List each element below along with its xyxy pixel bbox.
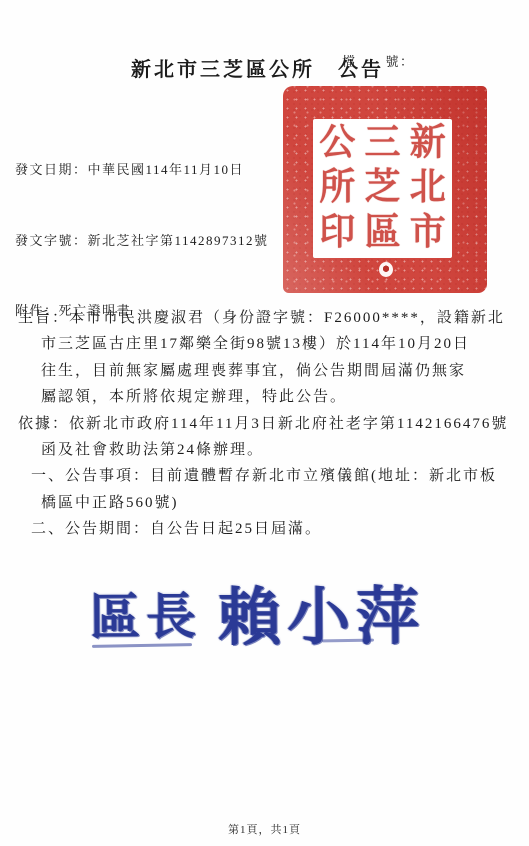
page-footer: 第1頁，共1頁 [0,821,529,837]
body-line: 橋區中正路560號) [0,490,529,516]
issue-date: 發文日期：中華民國114年11月10日 [15,158,269,182]
seal-column-middle: 三芝區 [362,120,404,260]
body-line: 二、公告期間：自公告日起25日屆滿。 [0,516,529,542]
announcement-body: 主旨：本市市民洪慶淑君（身份證字號：F26000****，設籍新北 市三芝區古庄… [0,305,529,543]
signature-title: 區長 [90,576,202,649]
body-line: 屬認領，本所將依規定辦理，特此公告。 [0,384,529,410]
seal-ink-dot [379,262,393,277]
seal-column-left: 公所印 [316,120,358,260]
seal-column-right: 新北市 [407,120,449,260]
page-title: 新北市三芝區公所 公告 [0,53,515,82]
body-line: 市三芝區古庄里17鄰樂全街98號13樓）於114年10月20日 [0,331,529,357]
document-page: 檔 號： 保存年限： 新北市三芝區公所 公告 發文日期：中華民國114年11月1… [0,0,529,846]
signature-name: 賴小萍 [218,565,426,657]
official-seal: 新北市 三芝區 公所印 [283,86,487,293]
body-line: 函及社會救助法第24條辦理。 [0,437,529,463]
body-line: 依據：依新北市政府114年11月3日新北府社老字第1142166476號 [0,411,529,437]
seal-inner-face: 新北市 三芝區 公所印 [313,119,452,258]
body-line: 一、公告事項：目前遺體暫存新北市立殯儀館(地址：新北市板 [0,463,529,489]
body-line: 往生，目前無家屬處理喪葬事宜，倘公告期間屆滿仍無家 [0,358,529,384]
body-line: 主旨：本市市民洪慶淑君（身份證字號：F26000****，設籍新北 [0,305,529,331]
doc-number: 發文字號：新北芝社字第1142897312號 [15,229,269,253]
